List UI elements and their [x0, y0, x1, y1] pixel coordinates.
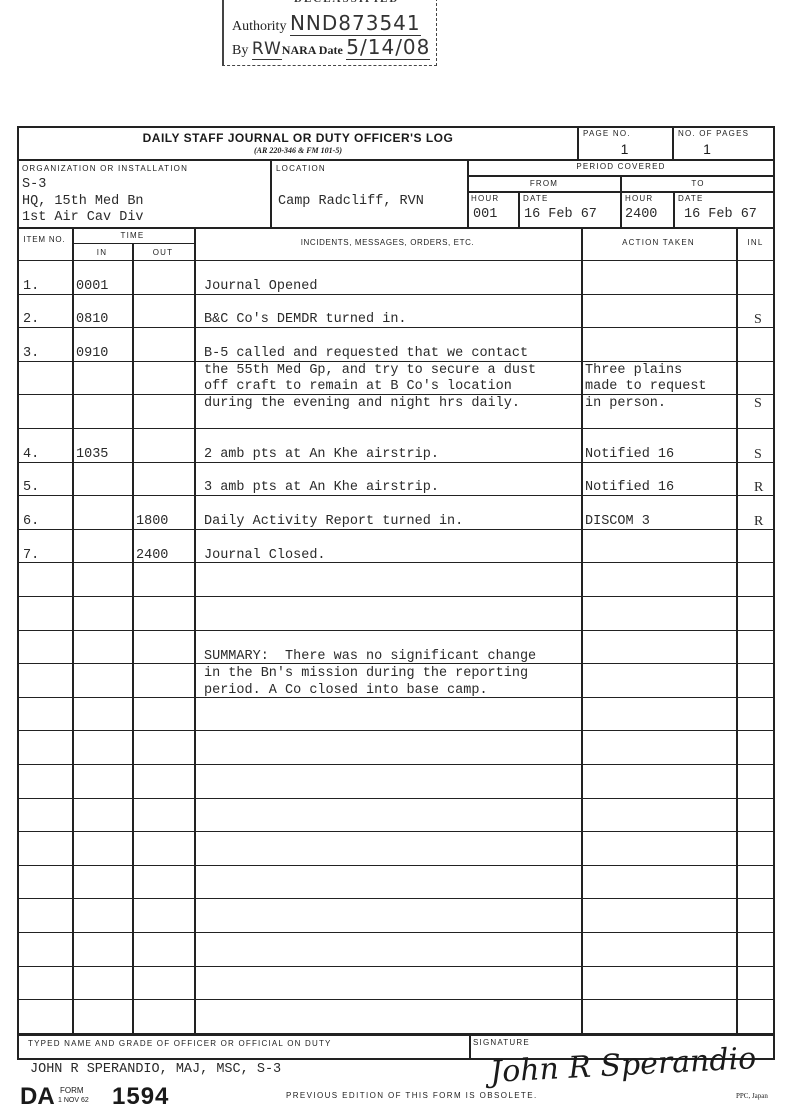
location-value: Camp Radcliff, RVN [278, 194, 424, 209]
inl-initial: S [754, 447, 762, 463]
incident-text: B-5 called and requested that we contact [204, 346, 528, 361]
time-in: 1035 [76, 447, 108, 462]
action-taken: Notified 16 [585, 480, 674, 495]
to-hour-value: 2400 [625, 207, 657, 222]
signature-label: SIGNATURE [473, 1038, 530, 1047]
footer-form-number: 1594 [112, 1083, 169, 1111]
item-number: 2. [23, 312, 39, 327]
incident-text: 2 amb pts at An Khe airstrip. [204, 447, 439, 462]
no-of-pages-label: NO. OF PAGES [678, 129, 749, 138]
by-initials: RW [252, 39, 282, 60]
by-label: By [232, 43, 248, 58]
action-taken-header: ACTION TAKEN [581, 238, 736, 247]
form-subtitle: (AR 220-346 & FM 101-5) [17, 146, 579, 155]
summary-text: SUMMARY: There was no significant change [204, 649, 536, 664]
inl-header: INL [736, 238, 775, 247]
item-number: 3. [23, 346, 39, 361]
organization-label: ORGANIZATION OR INSTALLATION [22, 164, 188, 173]
from-hour-label: HOUR [471, 194, 499, 203]
footer-da: DA [20, 1083, 55, 1111]
item-no-header: ITEM NO. [17, 235, 72, 245]
period-covered-label: PERIOD COVERED [467, 162, 775, 171]
time-in: 0910 [76, 346, 108, 361]
incident-text: during the evening and night hrs daily. [204, 396, 520, 411]
declassification-stamp: DECLASSIFIED Authority NND873541 By RWNA… [222, 0, 437, 66]
item-number: 5. [23, 480, 39, 495]
time-out: 2400 [136, 548, 168, 563]
time-out-header: OUT [132, 248, 194, 257]
time-in: 0001 [76, 279, 108, 294]
from-date-value: 16 Feb 67 [524, 207, 597, 222]
item-number: 7. [23, 548, 39, 563]
inl-initial: S [754, 312, 762, 328]
printer-note: PPC, Japan [736, 1092, 768, 1100]
from-hour-value: 001 [473, 207, 497, 222]
incident-text: Journal Closed. [204, 548, 326, 563]
form-title: DAILY STAFF JOURNAL OR DUTY OFFICER'S LO… [17, 131, 579, 145]
no-of-pages-value: 1 [672, 141, 742, 157]
summary-text: period. A Co closed into base camp. [204, 683, 488, 698]
authority-value: NND873541 [290, 11, 421, 36]
inl-initial: R [754, 480, 763, 496]
organization-line-3: 1st Air Cav Div [22, 210, 144, 225]
incidents-header: INCIDENTS, MESSAGES, ORDERS, ETC. [194, 238, 581, 247]
summary-text: in the Bn's mission during the reporting [204, 666, 528, 681]
to-date-label: DATE [678, 194, 704, 203]
action-taken: in person. [585, 396, 666, 411]
incident-text: the 55th Med Gp, and try to secure a dus… [204, 363, 536, 378]
stamp-heading: DECLASSIFIED [294, 0, 399, 5]
nara-date-label: NARA Date [282, 43, 343, 57]
time-in: 0810 [76, 312, 108, 327]
item-number: 1. [23, 279, 39, 294]
footer-form-label: FORM [60, 1087, 84, 1095]
item-number: 6. [23, 514, 39, 529]
to-date-value: 16 Feb 67 [684, 207, 757, 222]
action-taken: Three plains [585, 363, 682, 378]
footer-form-date: 1 NOV 62 [58, 1097, 89, 1105]
incident-text: Journal Opened [204, 279, 317, 294]
stamp-date-value: 5/14/08 [346, 35, 430, 60]
time-out: 1800 [136, 514, 168, 529]
incident-text: B&C Co's DEMDR turned in. [204, 312, 407, 327]
location-label: LOCATION [276, 164, 326, 173]
action-taken: Notified 16 [585, 447, 674, 462]
incident-text: Daily Activity Report turned in. [204, 514, 463, 529]
time-in-header: IN [72, 248, 132, 257]
action-taken: made to request [585, 379, 707, 394]
organization-line-2: HQ, 15th Med Bn [22, 194, 144, 209]
incident-text: off craft to remain at B Co's location [204, 379, 512, 394]
action-taken: DISCOM 3 [585, 514, 650, 529]
item-number: 4. [23, 447, 39, 462]
officer-name: JOHN R SPERANDIO, MAJ, MSC, S-3 [30, 1062, 281, 1077]
inl-initial: S [754, 396, 762, 412]
inl-initial: R [754, 514, 763, 530]
from-date-label: DATE [523, 194, 549, 203]
page-no-value: 1 [577, 141, 672, 157]
period-from-label: FROM [467, 179, 621, 188]
officer-label: TYPED NAME AND GRADE OF OFFICER OR OFFIC… [28, 1039, 332, 1048]
period-to-label: TO [621, 179, 775, 188]
obsolete-note: PREVIOUS EDITION OF THIS FORM IS OBSOLET… [286, 1091, 538, 1100]
authority-label: Authority [232, 19, 286, 34]
page-no-label: PAGE NO. [583, 129, 631, 138]
time-header: TIME [72, 231, 193, 240]
journal-form [17, 126, 775, 1060]
to-hour-label: HOUR [625, 194, 653, 203]
incident-text: 3 amb pts at An Khe airstrip. [204, 480, 439, 495]
organization-line-1: S-3 [22, 177, 46, 192]
